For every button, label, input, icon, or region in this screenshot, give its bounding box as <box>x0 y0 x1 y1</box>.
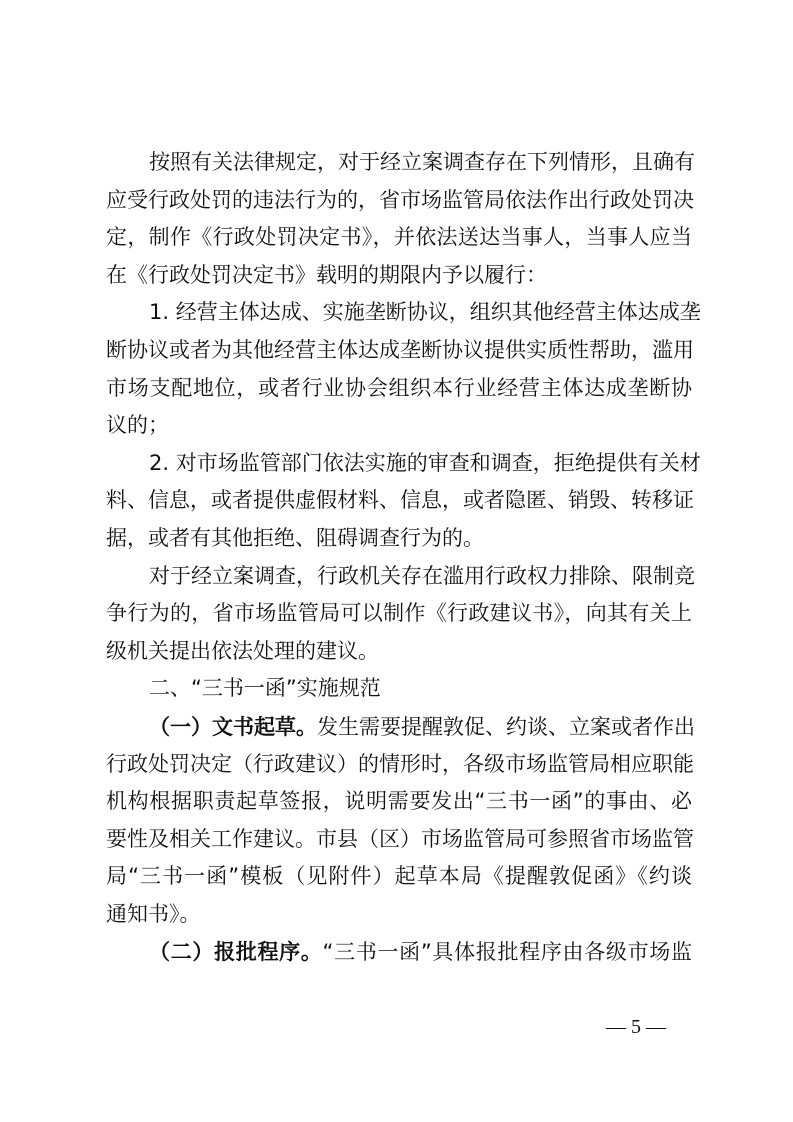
text-line: 市场支配地位，或者行业协会组织本行业经营主体达成垄断协 <box>106 370 692 408</box>
text-line: 行政处罚决定（行政建议）的情形时，各级市场监管局相应职能 <box>106 746 692 784</box>
text-line: 据，或者有其他拒绝、阻碍调查行为的。 <box>106 520 692 558</box>
text-line: 通知书》。 <box>106 896 692 934</box>
text-line: 对于经立案调查，行政机关存在滥用行政权力排除、限制竞 <box>106 558 692 596</box>
text-line: 在《行政处罚决定书》载明的期限内予以履行： <box>106 257 692 295</box>
text-line: 断协议或者为其他经营主体达成垄断协议提供实质性帮助，滥用 <box>106 332 692 370</box>
text-line: 料、信息，或者提供虚假材料、信息，或者隐匿、销毁、转移证 <box>106 482 692 520</box>
text-line: （二）报批程序。“三书一函”具体报批程序由各级市场监 <box>106 933 692 971</box>
paragraph-item-1: 1. 经营主体达成、实施垄断协议，组织其他经营主体达成垄 断协议或者为其他经营主… <box>106 294 692 444</box>
text-fragment: 发生需要提醒敦促、约谈、立案或者作出 <box>317 715 695 739</box>
subheading-drafting: （一）文书起草。 <box>149 714 317 739</box>
paragraph-legal-basis: 按照有关法律规定，对于经立案调查存在下列情形，且确有 应受行政处罚的违法行为的，… <box>106 144 692 294</box>
paragraph-administrative-advice: 对于经立案调查，行政机关存在滥用行政权力排除、限制竞 争行为的，省市场监管局可以… <box>106 558 692 671</box>
text-line: 级机关提出依法处理的建议。 <box>106 633 692 671</box>
document-page: 按照有关法律规定，对于经立案调查存在下列情形，且确有 应受行政处罚的违法行为的，… <box>0 0 793 1122</box>
text-line: 1. 经营主体达成、实施垄断协议，组织其他经营主体达成垄 <box>106 294 692 332</box>
text-line: 按照有关法律规定，对于经立案调查存在下列情形，且确有 <box>106 144 692 182</box>
text-line: 定，制作《行政处罚决定书》，并依法送达当事人，当事人应当 <box>106 219 692 257</box>
paragraph-item-2: 2. 对市场监管部门依法实施的审查和调查，拒绝提供有关材 料、信息，或者提供虚假… <box>106 445 692 558</box>
page-number: — 5 — <box>603 1012 669 1042</box>
text-line: 议的； <box>106 407 692 445</box>
subheading-approval: （二）报批程序。 <box>149 939 323 964</box>
text-fragment: “三书一函”具体报批程序由各级市场监 <box>323 940 692 964</box>
text-line: 应受行政处罚的违法行为的，省市场监管局依法作出行政处罚决 <box>106 182 692 220</box>
text-line: （一）文书起草。发生需要提醒敦促、约谈、立案或者作出 <box>106 708 692 746</box>
text-line: 机构根据职责起草签报，说明需要发出“三书一函”的事由、必 <box>106 783 692 821</box>
text-line: 局“三书一函”模板（见附件）起草本局《提醒敦促函》《约谈 <box>106 858 692 896</box>
text-line: 要性及相关工作建议。市县（区）市场监管局可参照省市场监管 <box>106 821 692 859</box>
paragraph-drafting: （一）文书起草。发生需要提醒敦促、约谈、立案或者作出 行政处罚决定（行政建议）的… <box>106 708 692 934</box>
text-line: 争行为的，省市场监管局可以制作《行政建议书》，向其有关上 <box>106 595 692 633</box>
heading-text: 二、“三书一函”实施规范 <box>106 670 692 708</box>
section-heading: 二、“三书一函”实施规范 <box>106 670 692 708</box>
paragraph-approval: （二）报批程序。“三书一函”具体报批程序由各级市场监 <box>106 933 692 971</box>
text-line: 2. 对市场监管部门依法实施的审查和调查，拒绝提供有关材 <box>106 445 692 483</box>
document-body: 按照有关法律规定，对于经立案调查存在下列情形，且确有 应受行政处罚的违法行为的，… <box>106 144 692 971</box>
